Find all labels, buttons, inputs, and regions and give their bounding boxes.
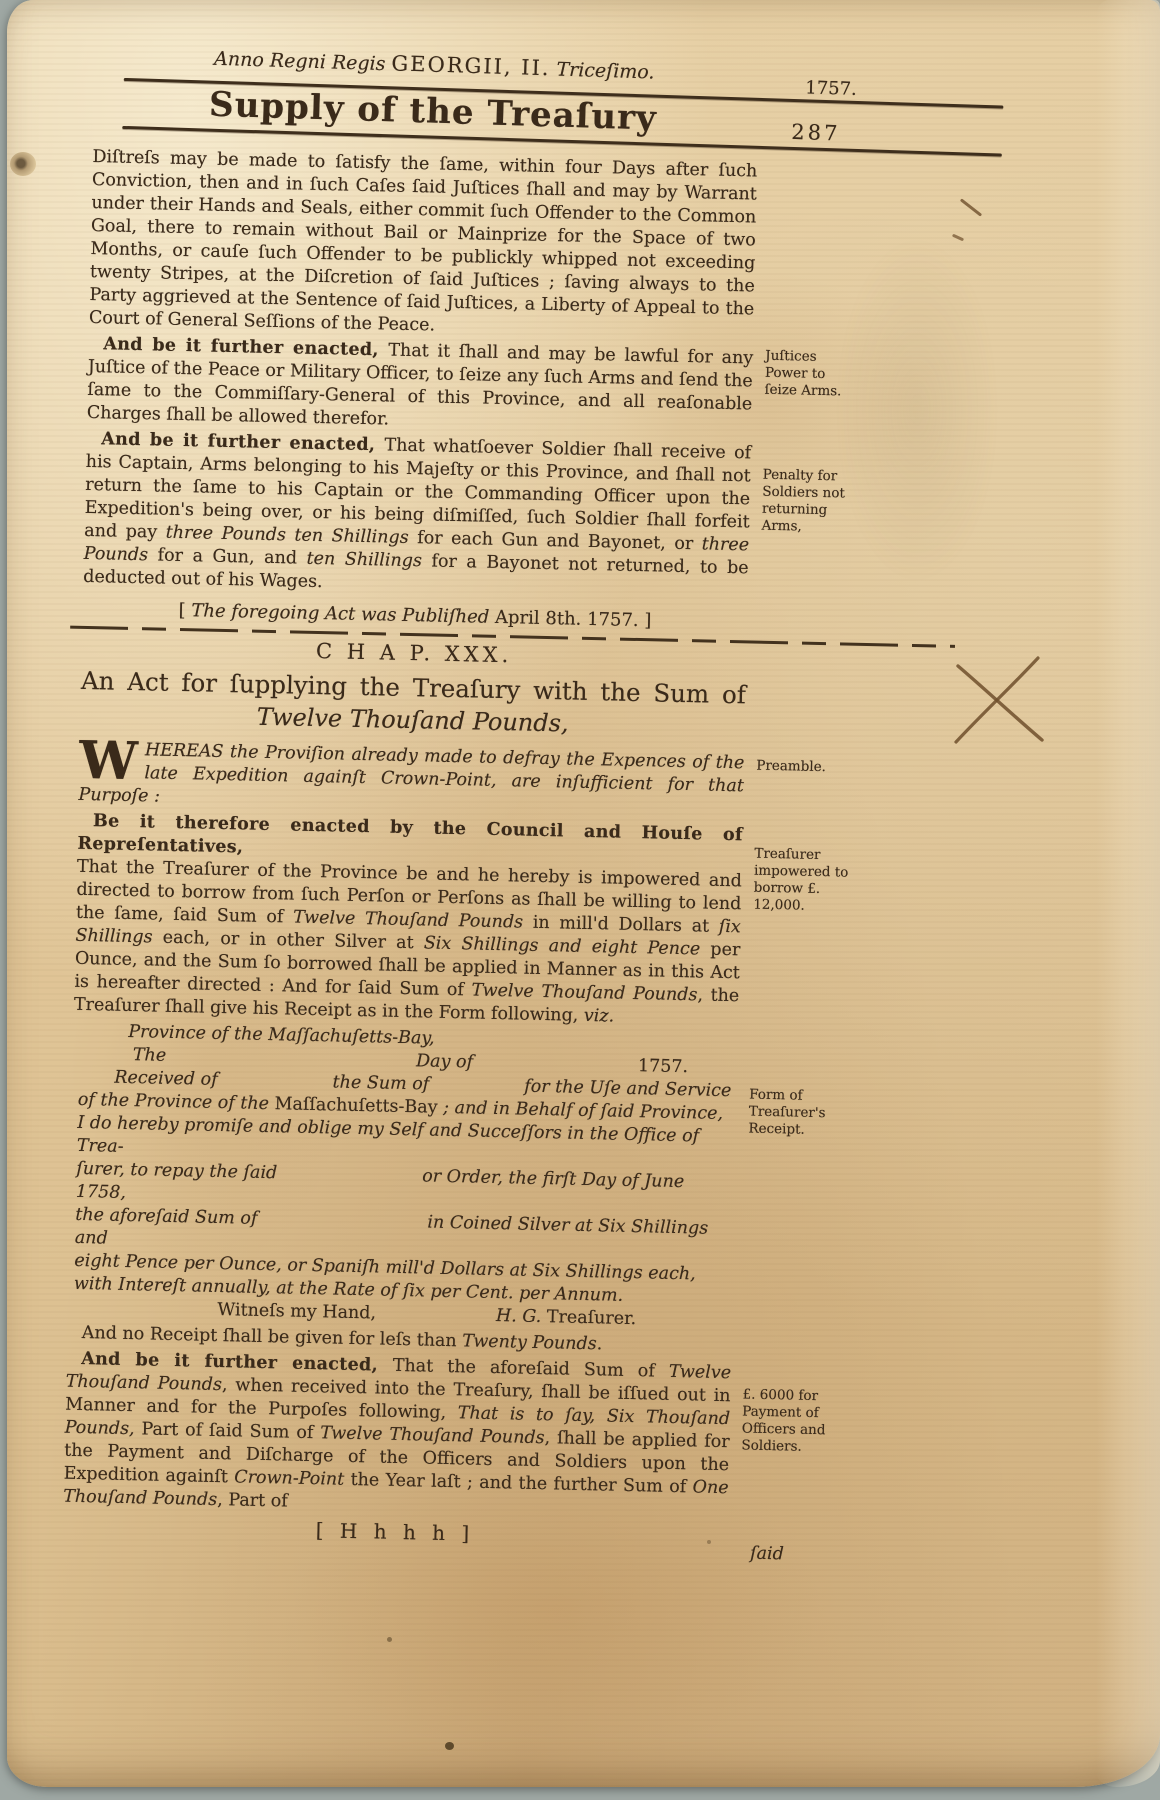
- body-paragraph-preamble: WHEREAS the Proviſion already made to de…: [78, 738, 744, 821]
- body-paragraph-soldier-penalty: And be it further enacted, That whatſoev…: [83, 428, 751, 603]
- paragraph-row: And be it further enacted, That whatſoev…: [83, 428, 858, 606]
- page-number: 287: [791, 120, 841, 146]
- margin-note-empty: [766, 161, 865, 347]
- scanned-document: { "colors": { "paper": "#e0c597", "ink":…: [0, 0, 1160, 1800]
- paragraph-row: And be it further enacted, That it ſhall…: [87, 333, 861, 442]
- body-paragraph-seize-arms: And be it further enacted, That it ſhall…: [87, 333, 754, 439]
- edition-year: 1757.: [805, 77, 857, 100]
- body-paragraph-enacting: Be it therefore enacted by the Council a…: [74, 810, 743, 1031]
- receipt-form-row: Province of the Maſſachuſetts-Bay, TheDa…: [67, 1020, 845, 1336]
- paper-speck: [445, 1742, 454, 1750]
- margin-note-6000-payment: £. 6000 for Payment of Officers and Sold…: [740, 1362, 838, 1525]
- margin-note-penalty: Penalty for Soldiers not returning Arms,: [760, 443, 858, 606]
- margin-note-receipt-form: Form of Treaſurer's Receipt.: [744, 1035, 846, 1336]
- page-content: Anno Regni Regis GEORGII, II. Triceſimo.…: [62, 40, 867, 1573]
- catchword: ſaid: [750, 1544, 784, 1565]
- paper-speck: [387, 1637, 392, 1642]
- margin-note-empty: [743, 1336, 838, 1361]
- paragraph-row: Be it therefore enacted by the Council a…: [74, 810, 850, 1034]
- paragraph-row: Diſtreſs may be made to ſatisfy the ſame…: [89, 146, 865, 347]
- paragraph-row: And be it further enacted, That the afor…: [63, 1348, 838, 1526]
- margin-note-treasurer: Treaſurer impowered to borrow £. 12,000.: [751, 825, 850, 1034]
- margin-note-preamble: Preamble.: [755, 753, 851, 824]
- margin-note-justices-power: Juſtices Power to ſeize Arms.: [763, 348, 860, 442]
- body-paragraph-appropriation: And be it further enacted, That the afor…: [63, 1348, 731, 1523]
- paragraph-row: WHEREAS the Proviſion already made to de…: [78, 738, 851, 824]
- wormhole-mark: [10, 152, 36, 176]
- body-paragraph-distress: Diſtreſs may be made to ſatisfy the ſame…: [89, 146, 758, 344]
- receipt-form: Province of the Maſſachuſetts-Bay, TheDa…: [67, 1020, 738, 1333]
